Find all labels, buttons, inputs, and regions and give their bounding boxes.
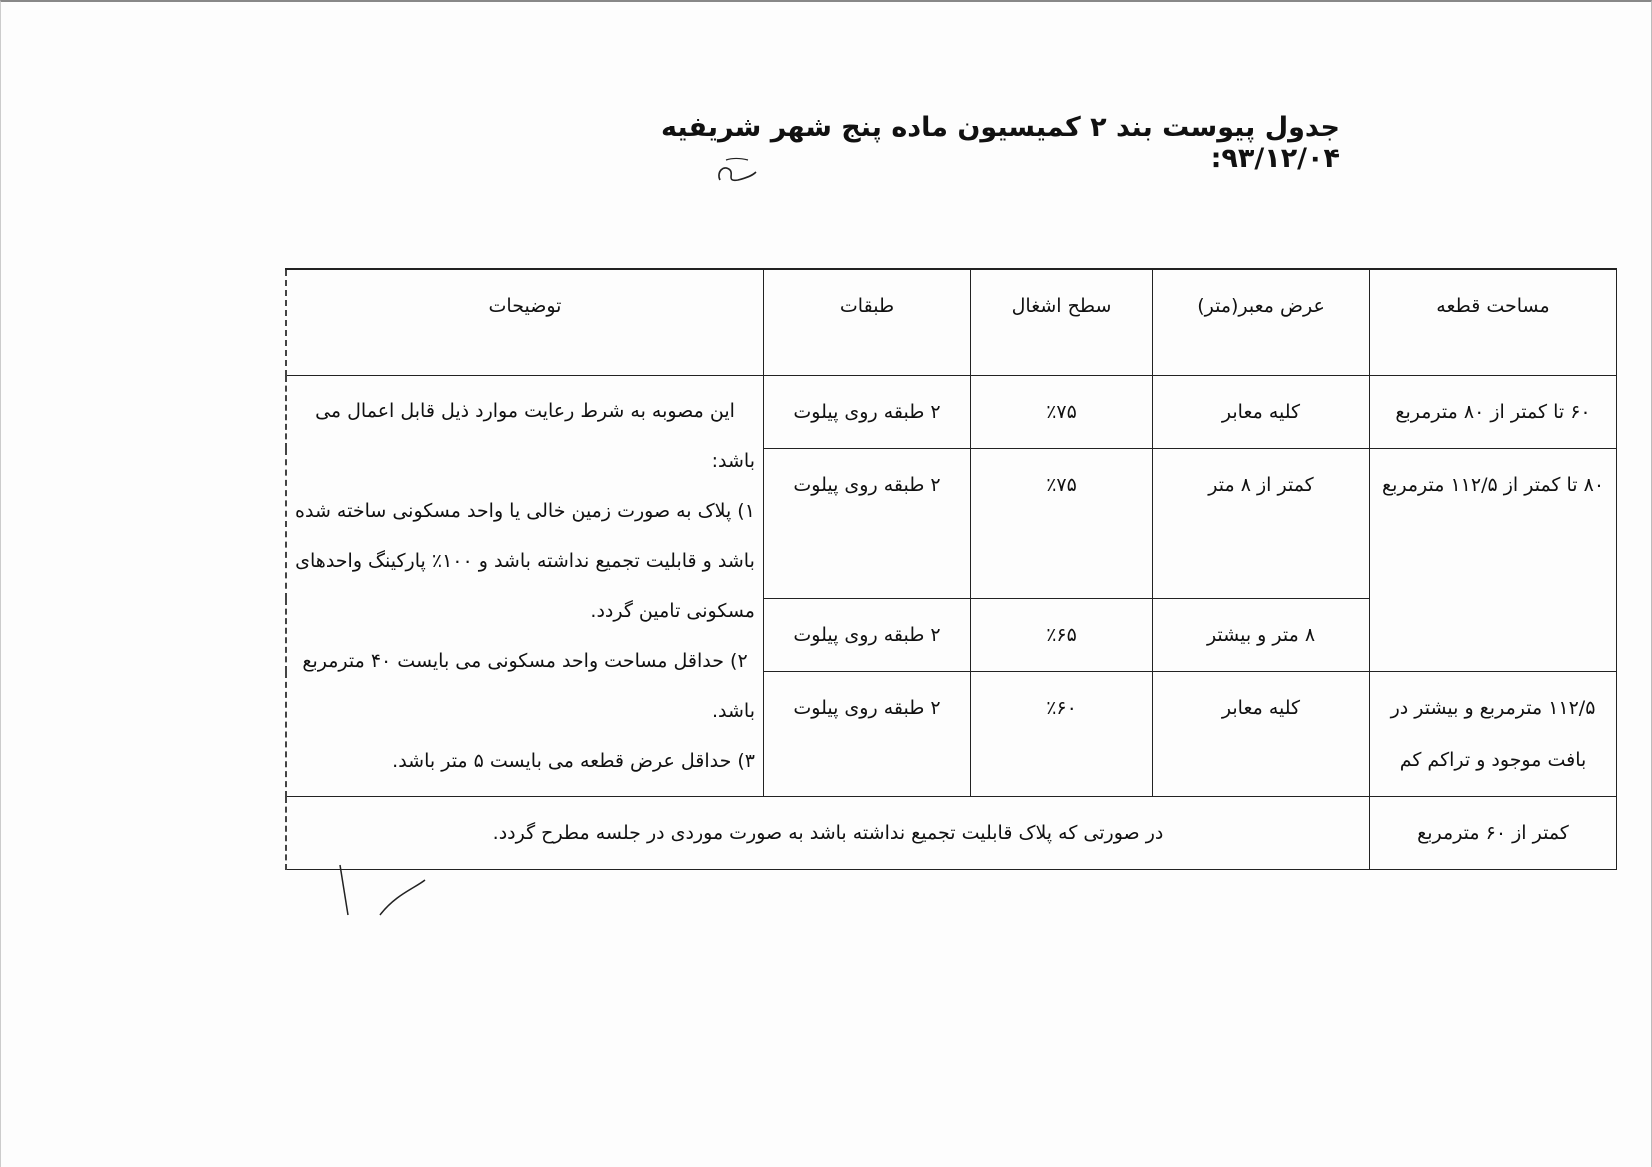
header-coverage: سطح اشغال	[971, 269, 1153, 376]
cell-footer-note: در صورتی که پلاک قابلیت تجمیع نداشته باش…	[286, 797, 1370, 870]
cell-floors: ۲ طبقه روی پیلوت	[764, 449, 971, 599]
cell-floors: ۲ طبقه روی پیلوت	[764, 672, 971, 797]
cell-area: ۶۰ تا کمتر از ۸۰ مترمربع	[1370, 376, 1617, 449]
notes-item-2: ۲) حداقل مساحت واحد مسکونی می بایست ۴۰ م…	[295, 636, 755, 736]
cell-area: ۸۰ تا کمتر از ۱۱۲/۵ مترمربع	[1370, 449, 1617, 672]
cell-coverage: ٪۷۵	[971, 376, 1153, 449]
notes-item-3: ۳) حداقل عرض قطعه می بایست ۵ متر باشد.	[295, 736, 755, 786]
table-header-row: مساحت قطعه عرض معبر(متر) سطح اشغال طبقات…	[286, 269, 1617, 376]
cell-road-width: کمتر از ۸ متر	[1153, 449, 1370, 599]
header-floors: طبقات	[764, 269, 971, 376]
cell-floors: ۲ طبقه روی پیلوت	[764, 599, 971, 672]
regulation-table: مساحت قطعه عرض معبر(متر) سطح اشغال طبقات…	[285, 268, 1617, 870]
cell-road-width: کلیه معابر	[1153, 672, 1370, 797]
notes-item-1: ۱) پلاک به صورت زمین خالی یا واحد مسکونی…	[295, 486, 755, 636]
notes-intro: این مصوبه به شرط رعایت موارد ذیل قابل اع…	[295, 386, 755, 486]
table-row: ۶۰ تا کمتر از ۸۰ مترمربع کلیه معابر ٪۷۵ …	[286, 376, 1617, 449]
cell-coverage: ٪۷۵	[971, 449, 1153, 599]
cell-area: ۱۱۲/۵ مترمربع و بیشتر در بافت موجود و تر…	[1370, 672, 1617, 797]
document-title: جدول پیوست بند ۲ کمیسیون ماده پنج شهر شر…	[580, 112, 1340, 174]
cell-road-width: ۸ متر و بیشتر	[1153, 599, 1370, 672]
cell-notes: این مصوبه به شرط رعایت موارد ذیل قابل اع…	[286, 376, 764, 797]
scanned-page: جدول پیوست بند ۲ کمیسیون ماده پنج شهر شر…	[0, 0, 1652, 1167]
cell-coverage: ٪۶۰	[971, 672, 1153, 797]
table-footer-row: کمتر از ۶۰ مترمربع در صورتی که پلاک قابل…	[286, 797, 1617, 870]
header-notes: توضیحات	[286, 269, 764, 376]
header-road-width: عرض معبر(متر)	[1153, 269, 1370, 376]
cell-road-width: کلیه معابر	[1153, 376, 1370, 449]
cell-coverage: ٪۶۵	[971, 599, 1153, 672]
cell-floors: ۲ طبقه روی پیلوت	[764, 376, 971, 449]
handwritten-signature-icon	[712, 150, 762, 190]
pen-stroke-icon	[320, 860, 440, 920]
cell-area: کمتر از ۶۰ مترمربع	[1370, 797, 1617, 870]
header-plot-area: مساحت قطعه	[1370, 269, 1617, 376]
